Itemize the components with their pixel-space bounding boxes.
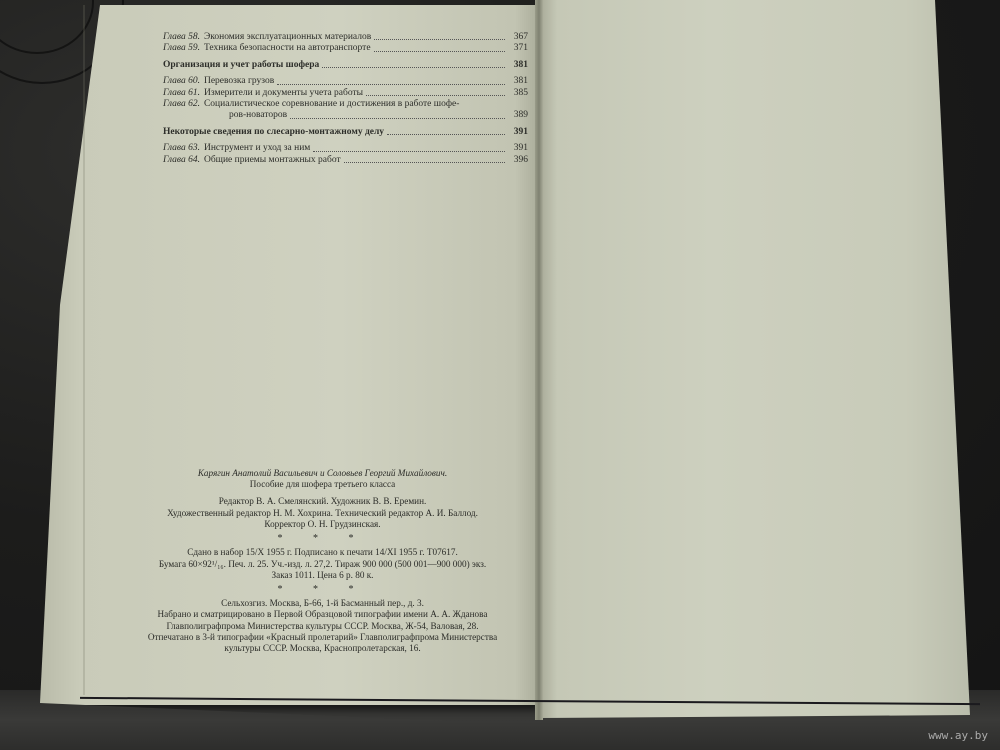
section-title: Некоторые сведения по слесарно-монтажном… bbox=[163, 127, 384, 138]
chapter-title: Перевозка грузов bbox=[204, 76, 274, 87]
toc-row: Глава 63.Инструмент и уход за ним391 bbox=[163, 143, 528, 154]
toc-row: Глава 58.Экономия эксплуатационных матер… bbox=[163, 32, 528, 43]
page-number: 391 bbox=[508, 127, 528, 138]
authors: Карягин Анатолий Васильевич и Соловьев Г… bbox=[120, 468, 525, 479]
chapter-number: Глава 60. bbox=[163, 76, 200, 87]
chapter-number: Глава 62. bbox=[163, 99, 200, 110]
editors-line-2: Художественный редактор Н. М. Хохрина. Т… bbox=[120, 508, 525, 519]
page-number: 396 bbox=[508, 155, 528, 166]
page-number: 385 bbox=[508, 88, 528, 99]
toc-section: Организация и учет работы шофера381 bbox=[163, 60, 528, 71]
leader-dots bbox=[387, 134, 505, 135]
toc-row: Глава 60.Перевозка грузов381 bbox=[163, 76, 528, 87]
chapter-number: Глава 61. bbox=[163, 88, 200, 99]
typography-1: Набрано и сматрицировано в Первой Образц… bbox=[120, 609, 525, 620]
chapter-title: Инструмент и уход за ним bbox=[204, 143, 310, 154]
chapter-number: Глава 64. bbox=[163, 155, 200, 166]
right-page bbox=[540, 0, 970, 718]
publisher: Сельхозгиз. Москва, Б-66, 1-й Басманный … bbox=[120, 598, 525, 609]
print-info-3: Заказ 1011. Цена 6 р. 80 к. bbox=[120, 570, 525, 581]
leader-dots bbox=[344, 162, 505, 163]
toc-row: Глава 62.Социалистическое соревнование и… bbox=[163, 99, 528, 110]
chapter-title: Техника безопасности на автотранспорте bbox=[204, 43, 371, 54]
leader-dots bbox=[322, 67, 505, 68]
book-gutter bbox=[535, 0, 543, 720]
toc-row: Глава 61.Измерители и документы учета ра… bbox=[163, 88, 528, 99]
page-number: 381 bbox=[508, 76, 528, 87]
chapter-number: Глава 58. bbox=[163, 32, 200, 43]
colophon: Карягин Анатолий Васильевич и Соловьев Г… bbox=[120, 468, 525, 654]
toc-section: Некоторые сведения по слесарно-монтажном… bbox=[163, 127, 528, 138]
leader-dots bbox=[374, 51, 505, 52]
page-number: 381 bbox=[508, 60, 528, 71]
typography-2: Главполиграфпрома Министерства культуры … bbox=[120, 621, 525, 632]
toc-row: ров-новаторов389 bbox=[163, 110, 528, 121]
page-number: 371 bbox=[508, 43, 528, 54]
leader-dots bbox=[313, 151, 505, 152]
leader-dots bbox=[290, 118, 505, 119]
separator-stars: * * * bbox=[120, 584, 525, 596]
leader-dots bbox=[374, 39, 505, 40]
chapter-title: Социалистическое соревнование и достижен… bbox=[204, 99, 459, 110]
chapter-title: ров-новаторов bbox=[229, 110, 287, 121]
chapter-title: Измерители и документы учета работы bbox=[204, 88, 363, 99]
separator-stars: * * * bbox=[120, 533, 525, 545]
page-number: 391 bbox=[508, 143, 528, 154]
chapter-number: Глава 63. bbox=[163, 143, 200, 154]
book-title: Пособие для шофера третьего класса bbox=[120, 479, 525, 490]
section-title: Организация и учет работы шофера bbox=[163, 60, 319, 71]
toc-row: Глава 59.Техника безопасности на автотра… bbox=[163, 43, 528, 54]
chapter-number: Глава 59. bbox=[163, 43, 200, 54]
watermark: www.ay.by bbox=[928, 729, 988, 742]
page-number: 389 bbox=[508, 110, 528, 121]
print-info-2: Бумага 60×92¹/₁₆. Печ. л. 25. Уч.-изд. л… bbox=[120, 559, 525, 570]
page-fold bbox=[83, 5, 85, 695]
chapter-title: Общие приемы монтажных работ bbox=[204, 155, 341, 166]
chapter-title: Экономия эксплуатационных материалов bbox=[204, 32, 371, 43]
corrector: Корректор О. Н. Грудзинская. bbox=[120, 519, 525, 530]
print-info-1: Сдано в набор 15/X 1955 г. Подписано к п… bbox=[120, 547, 525, 558]
leader-dots bbox=[366, 95, 505, 96]
leader-dots bbox=[277, 84, 505, 85]
editors-line-1: Редактор В. А. Смелянский. Художник В. В… bbox=[120, 496, 525, 507]
typography-3: Отпечатано в 3-й типографии «Красный про… bbox=[120, 632, 525, 643]
typography-4: культуры СССР. Москва, Краснопролетарска… bbox=[120, 643, 525, 654]
toc-row: Глава 64.Общие приемы монтажных работ396 bbox=[163, 155, 528, 166]
table-of-contents: Глава 58.Экономия эксплуатационных матер… bbox=[163, 32, 528, 166]
page-number: 367 bbox=[508, 32, 528, 43]
